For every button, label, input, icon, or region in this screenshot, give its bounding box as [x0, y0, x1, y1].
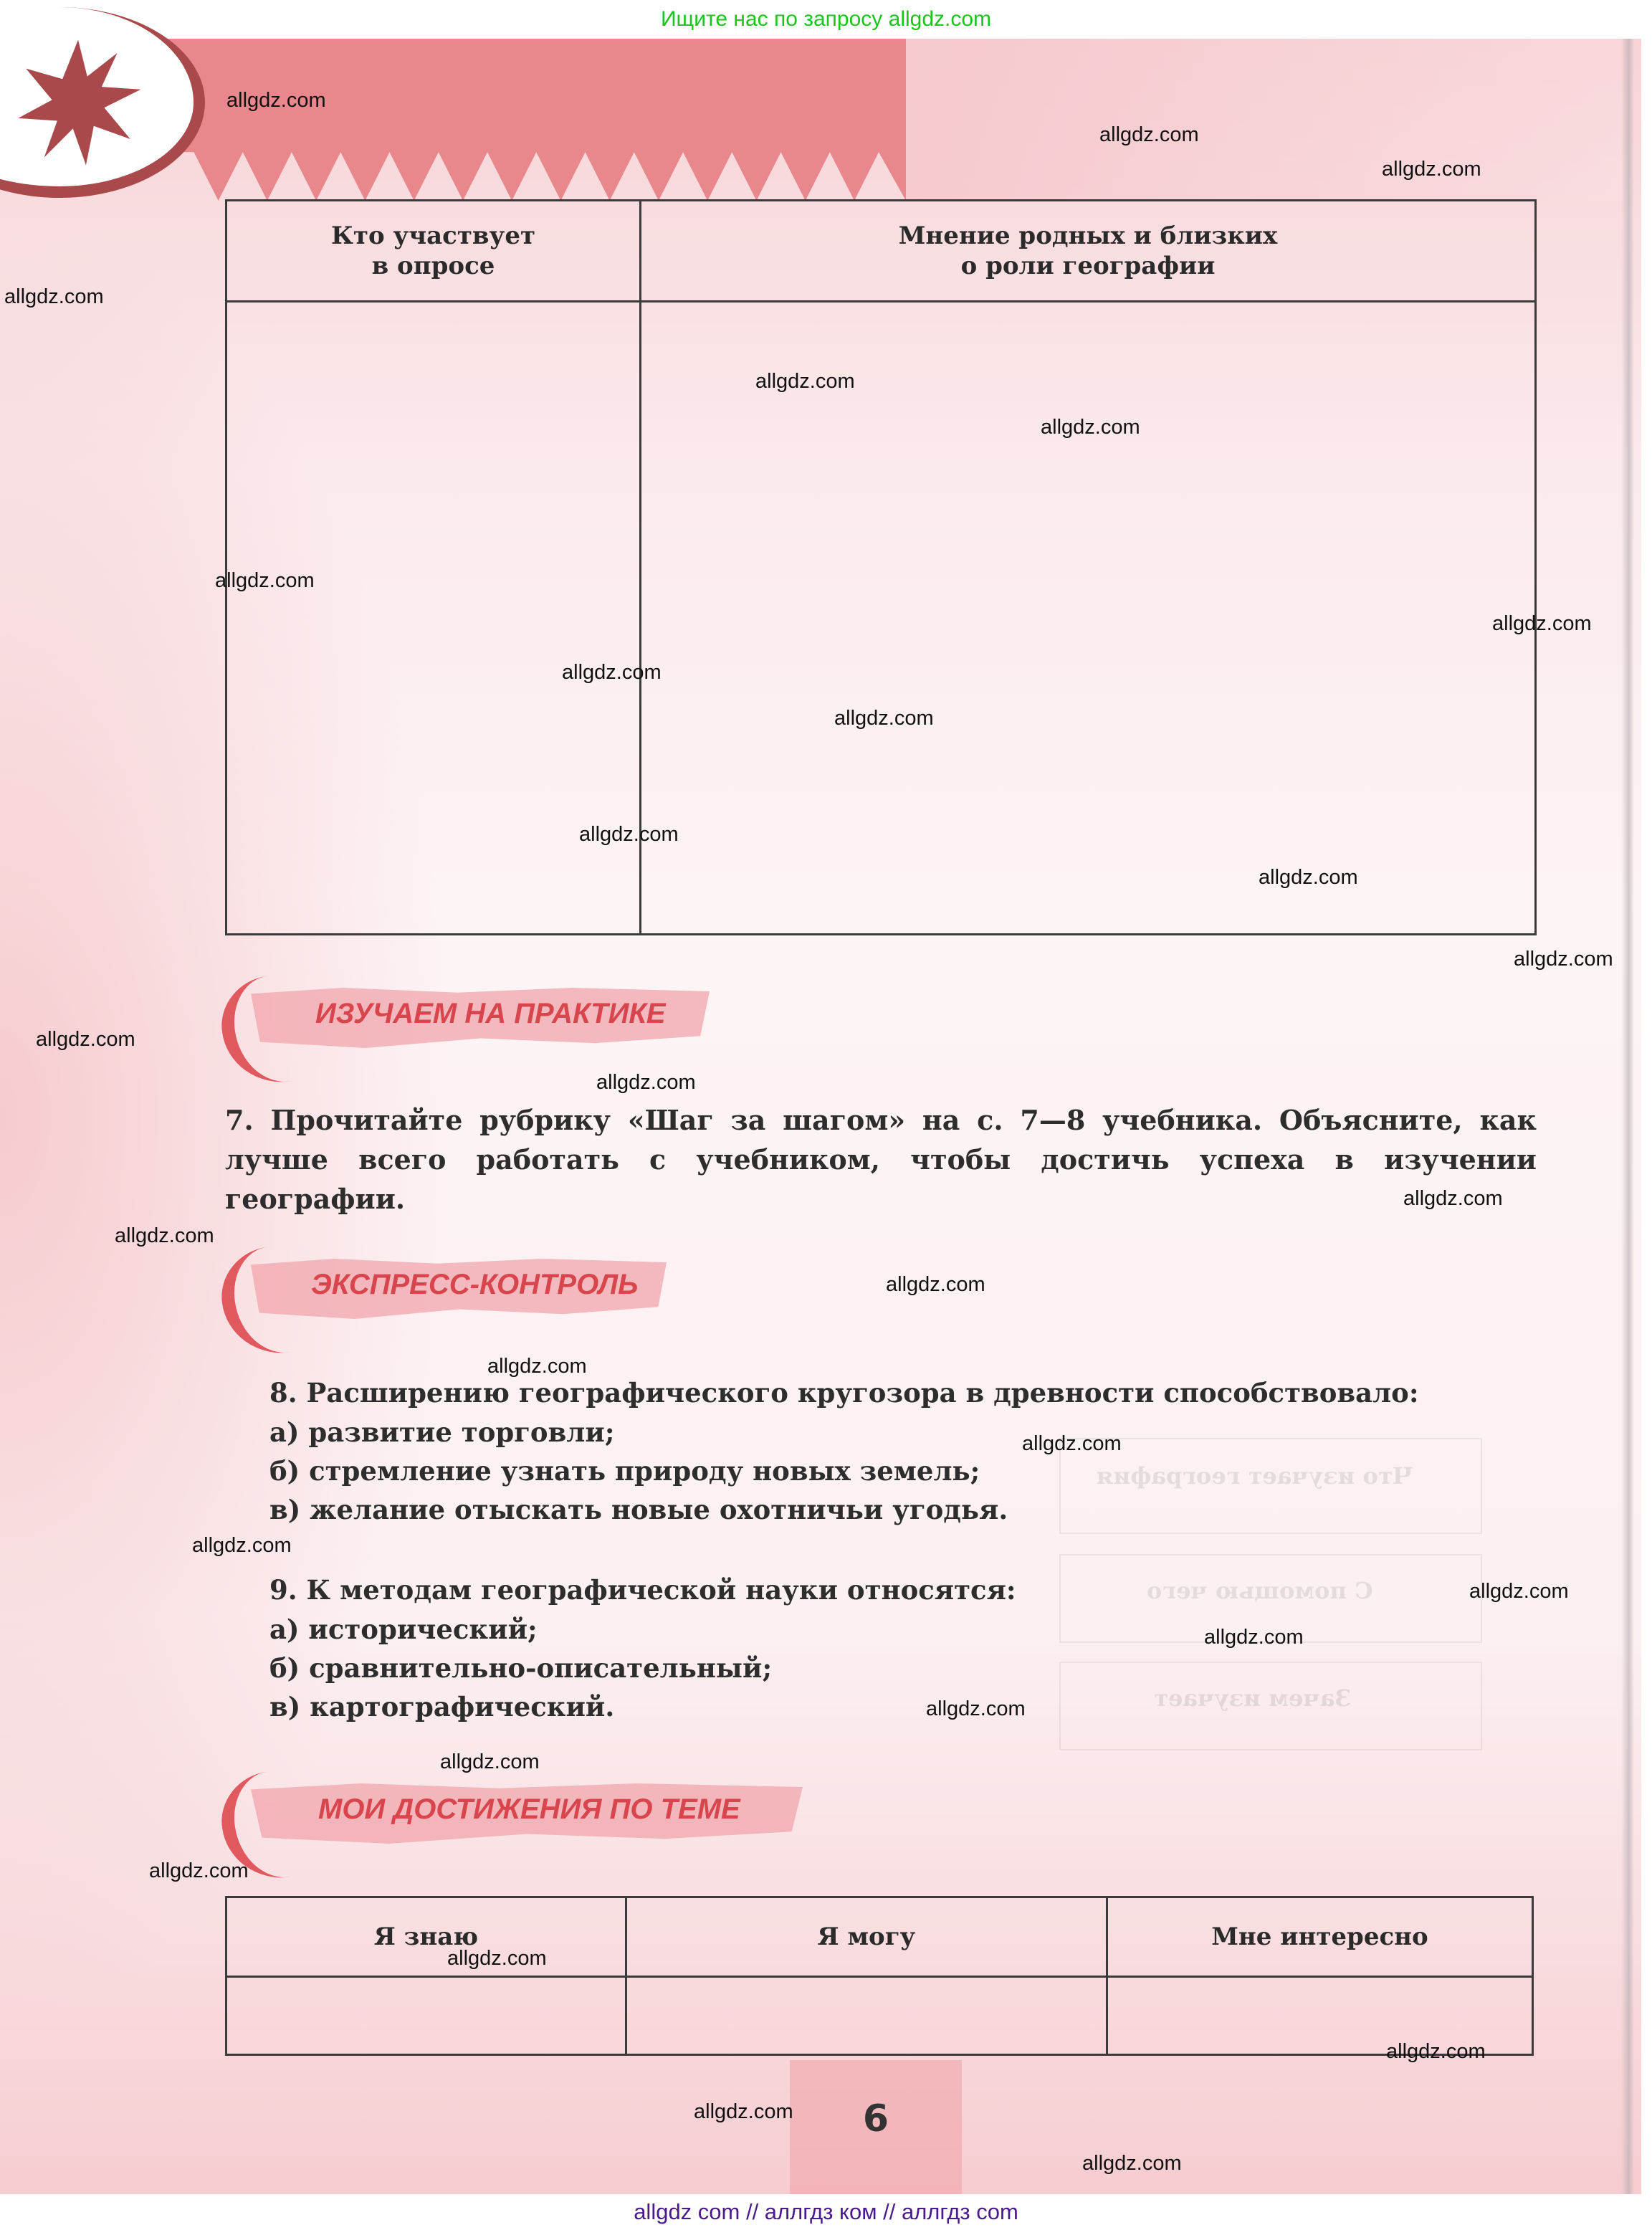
- section-title: МОИ ДОСТИЖЕНИЯ ПО ТЕМЕ: [318, 1793, 740, 1826]
- watermark-text: allgdz.com: [596, 1071, 696, 1095]
- show-through-text: Зачем изучает: [1154, 1685, 1352, 1712]
- watermark-text: allgdz.com: [1492, 612, 1592, 636]
- option-letter: в): [269, 1494, 300, 1525]
- watermark-text: allgdz.com: [440, 1750, 540, 1774]
- header-interesting: Мне интересно: [1107, 1897, 1533, 1977]
- table-header-row: Кто участвует в опросе Мнение родных и б…: [226, 201, 1536, 302]
- option-letter: б): [269, 1455, 300, 1487]
- watermark-text: allgdz.com: [926, 1697, 1026, 1721]
- option-b[interactable]: б) сравнительно-описательный;: [269, 1649, 1016, 1687]
- header-line: о роли географии: [641, 251, 1534, 281]
- watermark-text: allgdz.com: [149, 1859, 249, 1883]
- option-text: исторический;: [308, 1614, 537, 1645]
- header-fade: [906, 39, 1623, 201]
- watermark-text: allgdz.com: [1099, 123, 1199, 147]
- watermark-text: allgdz.com: [1386, 2040, 1486, 2064]
- option-c[interactable]: в) желание отыскать новые охотничьи угод…: [269, 1490, 1419, 1529]
- option-letter: в): [269, 1691, 300, 1722]
- watermark-text: allgdz.com: [579, 823, 679, 847]
- option-a[interactable]: а) развитие торговли;: [269, 1413, 1419, 1452]
- question-9: 9. К методам географической науки относя…: [269, 1570, 1016, 1726]
- question-text: К методам географической науки относятся…: [307, 1574, 1016, 1606]
- option-letter: а): [269, 1614, 299, 1645]
- watermark-text: allgdz.com: [1403, 1187, 1503, 1211]
- task-7: 7. Прочитайте рубрику «Шаг за шагом» на …: [225, 1100, 1537, 1219]
- answer-cell-can[interactable]: [626, 1977, 1107, 2055]
- option-text: развитие торговли;: [308, 1416, 614, 1448]
- header-line: Кто участвует: [227, 221, 639, 251]
- table-header-row: Я знаю Я могу Мне интересно: [226, 1897, 1533, 1977]
- watermark-text: allgdz.com: [1259, 866, 1358, 890]
- option-b[interactable]: б) стремление узнать природу новых земел…: [269, 1452, 1419, 1490]
- option-c[interactable]: в) картографический.: [269, 1687, 1016, 1726]
- question-8: 8. Расширению географического кругозора …: [269, 1373, 1419, 1529]
- header-i-know: Я знаю: [226, 1897, 626, 1977]
- watermark-text: allgdz.com: [694, 2100, 793, 2124]
- task-text: Прочитайте рубрику «Шаг за шагом» на с. …: [225, 1104, 1537, 1215]
- question-text: Расширению географического кругозора в д…: [307, 1377, 1419, 1409]
- option-text: стремление узнать природу новых земель;: [309, 1455, 980, 1487]
- question-number: 9.: [269, 1574, 297, 1606]
- watermark-text: allgdz.com: [1022, 1432, 1122, 1456]
- page-number-box: 6: [790, 2060, 962, 2194]
- option-a[interactable]: а) исторический;: [269, 1610, 1016, 1649]
- header-i-can: Я могу: [626, 1897, 1107, 1977]
- bottom-watermark-banner: allgdz com // аллгдз ком // аллгдз com: [0, 2194, 1652, 2230]
- watermark-text: allgdz.com: [1382, 158, 1481, 181]
- achievements-table: Я знаю Я могу Мне интересно: [225, 1896, 1534, 2056]
- watermark-text: allgdz.com: [1204, 1626, 1304, 1649]
- watermark-text: allgdz.com: [755, 370, 855, 394]
- answer-cell-opinion[interactable]: [641, 302, 1536, 935]
- answer-cell-who[interactable]: [226, 302, 641, 935]
- watermark-text: allgdz.com: [36, 1028, 135, 1052]
- show-through-text: С помощью чего: [1147, 1577, 1373, 1604]
- option-text: сравнительно-описательный;: [309, 1652, 772, 1684]
- watermark-text: allgdz.com: [1041, 416, 1140, 439]
- question-stem: 9. К методам географической науки относя…: [269, 1570, 1016, 1610]
- option-text: желание отыскать новые охотничьи угодья.: [310, 1494, 1008, 1525]
- top-watermark-banner: Ищите нас по запросу allgdz.com: [0, 0, 1652, 39]
- watermark-text: allgdz.com: [4, 285, 104, 309]
- section-banner-achievements: МОИ ДОСТИЖЕНИЯ ПО ТЕМЕ: [222, 1778, 796, 1857]
- survey-table: Кто участвует в опросе Мнение родных и б…: [225, 199, 1537, 935]
- option-letter: б): [269, 1652, 300, 1684]
- page-number: 6: [790, 2097, 962, 2140]
- option-text: картографический.: [310, 1691, 614, 1722]
- header-opinion: Мнение родных и близких о роли географии: [641, 201, 1536, 302]
- section-title: ЭКСПРЕСС-КОНТРОЛЬ: [311, 1269, 638, 1301]
- watermark-text: allgdz.com: [562, 661, 662, 685]
- watermark-text: allgdz.com: [1082, 2152, 1182, 2176]
- watermark-text: allgdz.com: [834, 707, 934, 730]
- table-row: [226, 1977, 1533, 2055]
- header-line: в опросе: [227, 251, 639, 281]
- header-who-participates: Кто участвует в опросе: [226, 201, 641, 302]
- watermark-text: allgdz.com: [886, 1273, 985, 1297]
- watermark-text: allgdz.com: [115, 1224, 214, 1248]
- watermark-text: allgdz.com: [447, 1947, 547, 1971]
- star-logo-icon: [13, 37, 143, 168]
- section-title: ИЗУЧАЕМ НА ПРАКТИКЕ: [315, 998, 666, 1030]
- watermark-text: allgdz.com: [215, 569, 315, 593]
- question-stem: 8. Расширению географического кругозора …: [269, 1373, 1419, 1413]
- page-edge-shadow: [1621, 39, 1634, 2194]
- option-letter: а): [269, 1416, 299, 1448]
- question-number: 8.: [269, 1377, 297, 1409]
- header-line: Мнение родных и близких: [641, 221, 1534, 251]
- watermark-text: allgdz.com: [226, 89, 326, 113]
- section-banner-practice: ИЗУЧАЕМ НА ПРАКТИКЕ: [222, 982, 724, 1061]
- watermark-text: allgdz.com: [192, 1534, 292, 1558]
- watermark-text: allgdz.com: [1469, 1580, 1569, 1604]
- table-row: [226, 302, 1536, 935]
- answer-cell-know[interactable]: [226, 1977, 626, 2055]
- task-number: 7.: [225, 1104, 254, 1136]
- watermark-text: allgdz.com: [1514, 948, 1613, 971]
- watermark-text: allgdz.com: [487, 1355, 587, 1378]
- section-banner-express: ЭКСПРЕСС-КОНТРОЛЬ: [222, 1253, 796, 1332]
